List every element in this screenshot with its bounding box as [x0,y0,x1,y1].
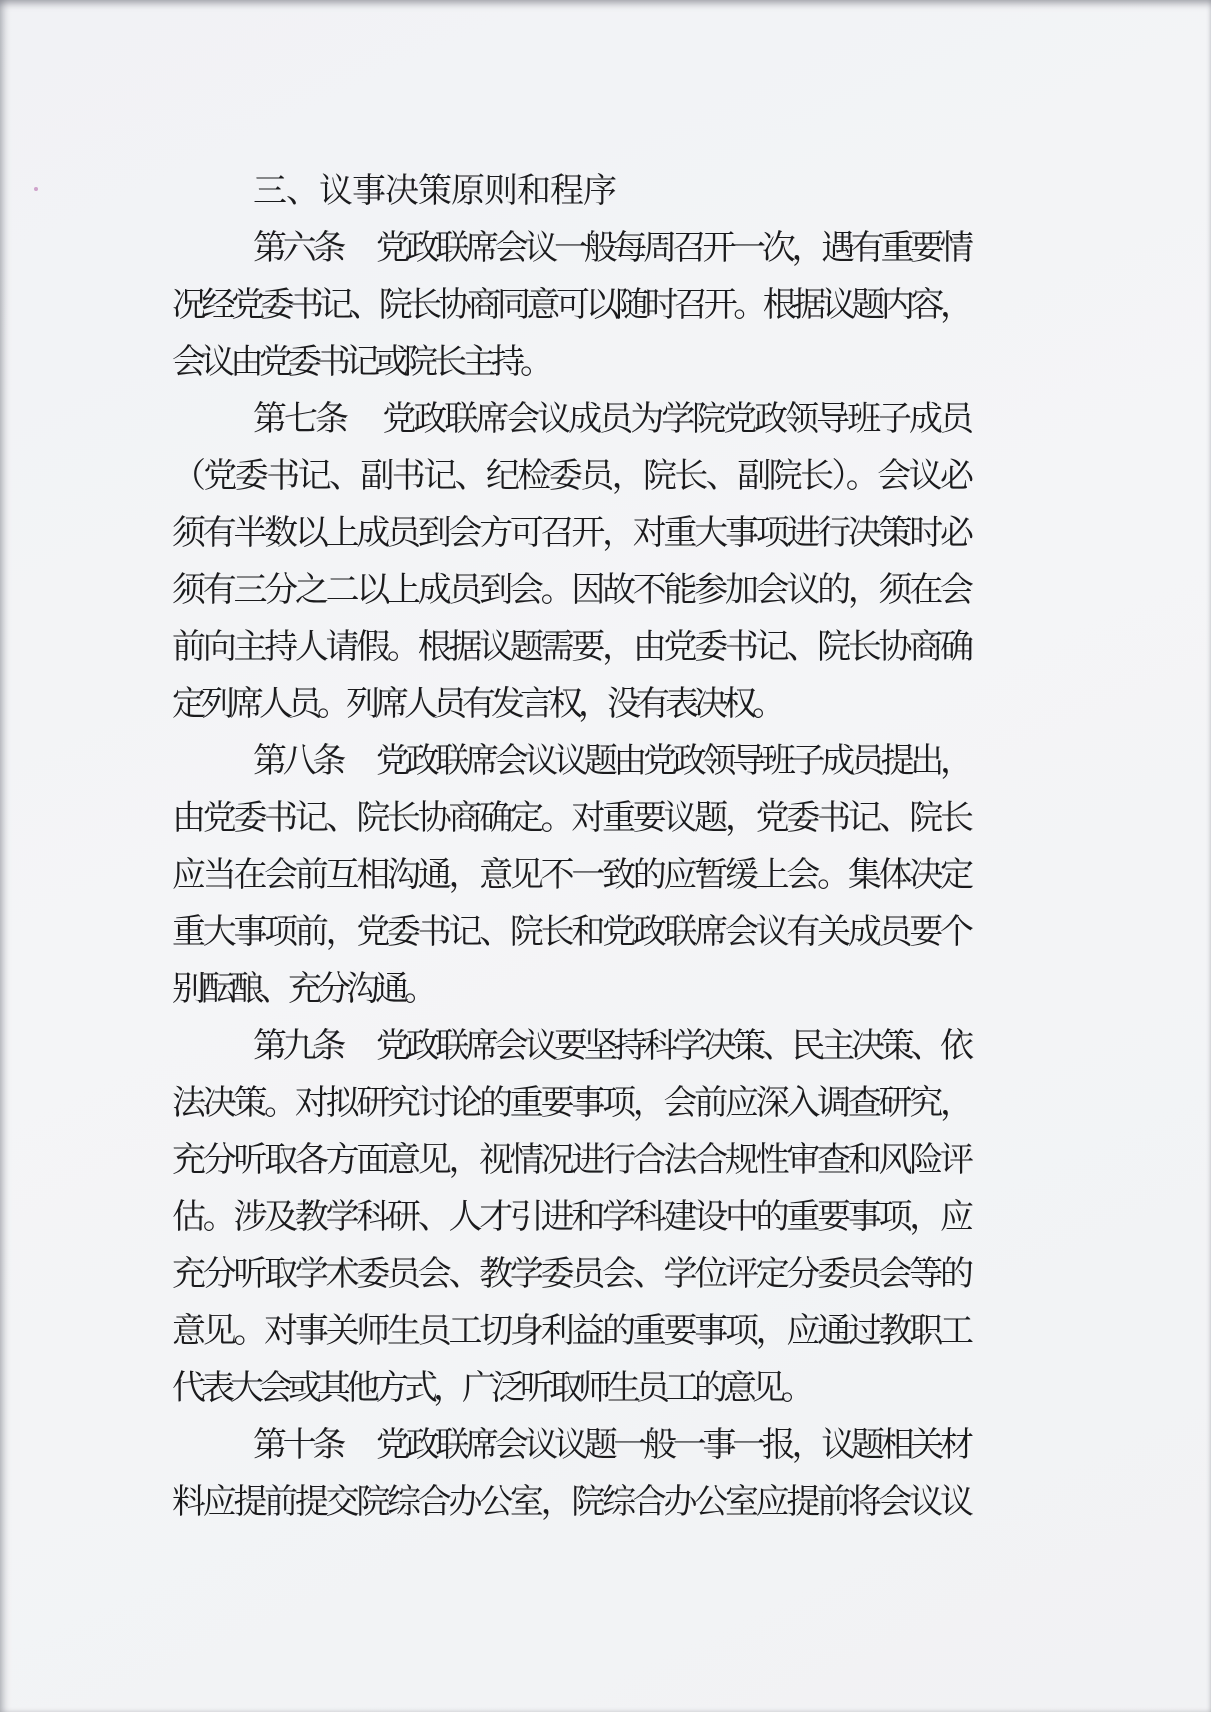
paragraph: 第九条 党政联席会议要坚持科学决策、民主决策、依法决策。对拟研究讨论的重要事项，… [172,1018,969,1417]
text-line: 第十条 党政联席会议议题一般一事一报，议题相关材 [172,1417,969,1474]
text-line: 代表大会或其他方式，广泛听取师生员工的意见。 [172,1360,969,1417]
text-line: 重大事项前，党委书记、院长和党政联席会议有关成员要个 [172,904,969,961]
text-line: 由党委书记、院长协商确定。对重要议题，党委书记、院长 [172,790,969,847]
text-line: 定列席人员。列席人员有发言权，没有表决权。 [172,676,969,733]
document-text-block: 三、议事决策原则和程序 第六条 党政联席会议一般每周召开一次，遇有重要情况经党委… [172,163,969,1531]
paragraph: 第七条 党政联席会议成员为学院党政领导班子成员（党委书记、副书记、纪检委员，院长… [172,391,969,733]
text-line: 充分听取各方面意见，视情况进行合法合规性审查和风险评 [172,1132,969,1189]
paragraph: 第八条 党政联席会议议题由党政领导班子成员提出，由党委书记、院长协商确定。对重要… [172,733,969,1018]
text-line: 料应提前提交院综合办公室，院综合办公室应提前将会议议 [172,1474,969,1531]
paragraph: 第六条 党政联席会议一般每周召开一次，遇有重要情况经党委书记、院长协商同意可以随… [172,220,969,391]
text-line: 别酝酿、充分沟通。 [172,961,969,1018]
text-line: 第六条 党政联席会议一般每周召开一次，遇有重要情 [172,220,969,277]
paragraph: 第十条 党政联席会议议题一般一事一报，议题相关材料应提前提交院综合办公室，院综合… [172,1417,969,1531]
section-heading: 三、议事决策原则和程序 [172,163,969,220]
text-line: 第八条 党政联席会议议题由党政领导班子成员提出， [172,733,969,790]
text-line: 充分听取学术委员会、教学委员会、学位评定分委员会等的 [172,1246,969,1303]
text-line: 前向主持人请假。根据议题需要，由党委书记、院长协商确 [172,619,969,676]
text-line: 须有三分之二以上成员到会。因故不能参加会议的，须在会 [172,562,969,619]
scan-artifact-dot [34,187,38,191]
text-line: （党委书记、副书记、纪检委员，院长、副院长）。会议必 [172,448,969,505]
text-line: 意见。对事关师生员工切身利益的重要事项，应通过教职工 [172,1303,969,1360]
text-line: 会议由党委书记或院长主持。 [172,334,969,391]
document-body: 第六条 党政联席会议一般每周召开一次，遇有重要情况经党委书记、院长协商同意可以随… [172,220,969,1531]
text-line: 第七条 党政联席会议成员为学院党政领导班子成员 [172,391,969,448]
text-line: 第九条 党政联席会议要坚持科学决策、民主决策、依 [172,1018,969,1075]
document-page: 三、议事决策原则和程序 第六条 党政联席会议一般每周召开一次，遇有重要情况经党委… [0,0,1211,1712]
text-line: 须有半数以上成员到会方可召开，对重大事项进行决策时必 [172,505,969,562]
text-line: 估。涉及教学科研、人才引进和学科建设中的重要事项，应 [172,1189,969,1246]
text-line: 应当在会前互相沟通，意见不一致的应暂缓上会。集体决定 [172,847,969,904]
text-line: 况经党委书记、院长协商同意可以随时召开。根据议题内容， [172,277,969,334]
text-line: 法决策。对拟研究讨论的重要事项，会前应深入调查研究， [172,1075,969,1132]
